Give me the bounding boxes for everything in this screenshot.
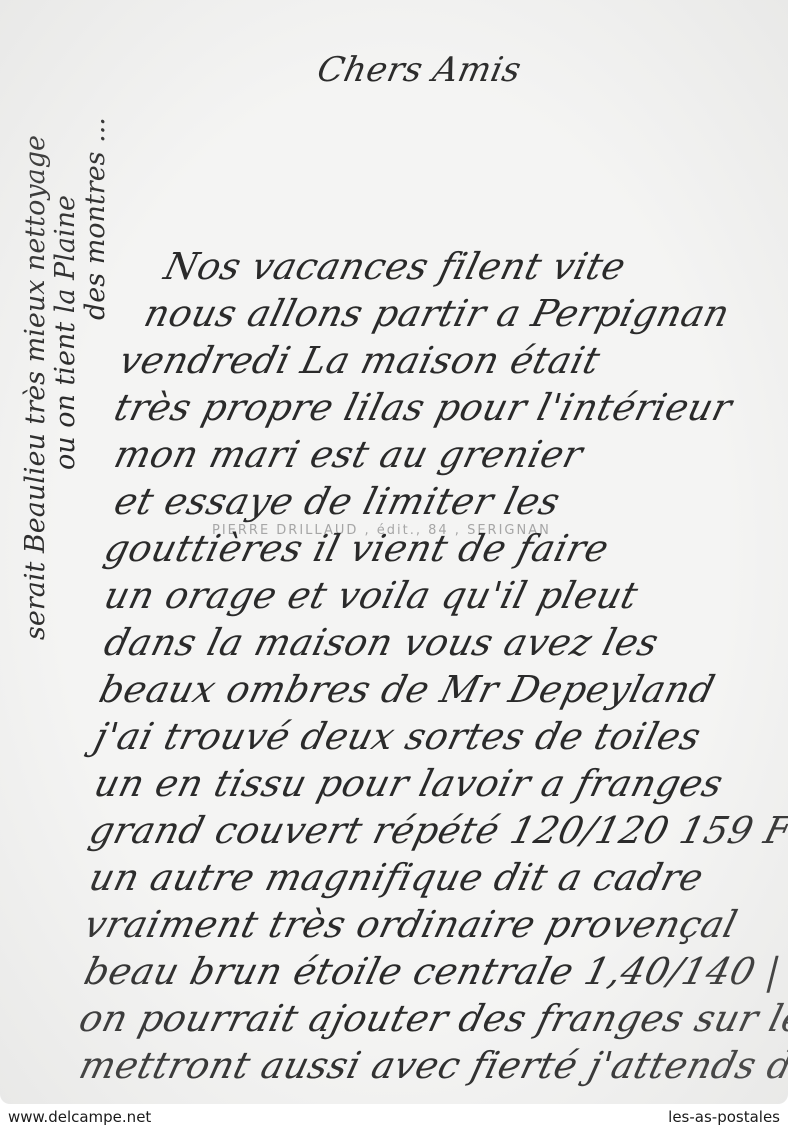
handwritten-line: mon mari est au grenier (110, 433, 587, 476)
handwritten-line: mettront aussi avec fierté j'attends deu… (75, 1044, 788, 1087)
margin-note-line-2: ou on tient la Plaine (50, 195, 81, 470)
handwritten-line: grand couvert répété 120/120 159 F (85, 809, 788, 852)
handwritten-line: on pourrait ajouter des franges sur le (75, 997, 788, 1040)
handwritten-line: dans la maison vous avez les (100, 621, 663, 664)
watermark-footer: www.delcampe.net les-as-postales (0, 1104, 788, 1131)
handwritten-line: vendredi La maison était (115, 339, 605, 382)
handwritten-line: beaux ombres de Mr Depeyland (95, 668, 719, 711)
delcampe-watermark: www.delcampe.net (8, 1108, 151, 1126)
margin-note-line-3: des montres ... (80, 117, 111, 320)
handwritten-line: Nos vacances filent vite (160, 245, 630, 288)
handwritten-line: très propre lilas pour l'intérieur (110, 386, 737, 429)
seller-watermark: les-as-postales (668, 1108, 780, 1126)
handwritten-line: et essaye de limiter les (110, 480, 565, 523)
handwritten-line: j'ai trouvé deux sortes de toiles (90, 715, 705, 758)
handwritten-line: un orage et voila qu'il pleut (100, 574, 642, 617)
handwritten-line: un en tissu pour lavoir a franges (90, 762, 728, 805)
greeting: Chers Amis (314, 50, 525, 90)
handwritten-line: un autre magnifique dit a cadre (85, 856, 708, 899)
handwritten-line: nous allons partir a Perpignan (140, 292, 734, 335)
margin-note-line-1: serait Beaulieu très mieux nettoyage (20, 135, 51, 640)
handwritten-line: vraiment très ordinaire provençal (80, 903, 742, 946)
postcard-back: Chers Amis serait Beaulieu très mieux ne… (0, 0, 788, 1104)
handwritten-line: gouttières il vient de faire (100, 527, 613, 570)
handwritten-line: beau brun étoile centrale 1,40/140 | 239… (80, 950, 788, 993)
